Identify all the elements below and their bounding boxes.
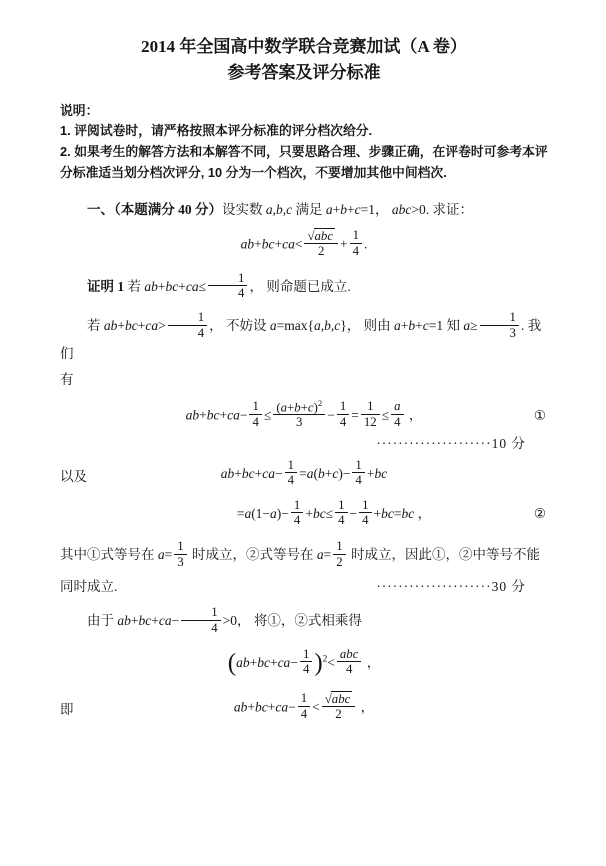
problem-statement: 一、（本题满分 40 分）设实数 a,b,c 满足 a+b+c=1， abc>0… (60, 198, 548, 222)
equation-2a-row: 以及 ab+bc+ca−14=a(b+c)−14+bc (60, 460, 548, 490)
equation-3-row: (ab+bc+ca−14)2<abc4 ， (60, 649, 548, 679)
page-subtitle: 参考答案及评分标准 (60, 60, 548, 86)
equation-1: ab+bc+ca−14≤(a+b+c)23−14=112≤a4 ， (106, 401, 502, 432)
title-block: 2014 年全国高中数学联合竞赛加试（A 卷） 参考答案及评分标准 (60, 34, 548, 87)
equation-1-row: ab+bc+ca−14≤(a+b+c)23−14=112≤a4 ， ① (60, 401, 548, 432)
equation-2-tag: ② (502, 506, 548, 522)
score-marker-10: ·····················10 分 (60, 434, 548, 454)
equation-4: ab+bc+ca−14<√abc2 ， (106, 693, 502, 724)
equation-4-row: 即 ab+bc+ca−14<√abc2 ， (60, 693, 548, 724)
then-label: 即 (60, 698, 106, 718)
notes-item-1: 1. 评阅试卷时，请严格按照本评分标准的评分档次给分. (60, 121, 548, 142)
page-title: 2014 年全国高中数学联合竞赛加试（A 卷） (60, 34, 548, 60)
score-marker-30: ·····················30 分 (376, 577, 548, 597)
equation-2b-row: =a(1−a)−14+bc≤14−14+bc=bc ， ② (60, 500, 548, 530)
multiply-paragraph: 由于 ab+bc+ca−14>0， 将①，②式相乘得 (60, 607, 548, 637)
proof-heading-paragraph: 证明 1 若 ab+bc+ca≤14， 则命题已成立. (60, 273, 548, 303)
notes-item-2: 2. 如果考生的解答方法和本解答不同，只要思路合理、步骤正确，在评卷时可参考本评… (60, 142, 548, 183)
equation-2a: ab+bc+ca−14=a(b+c)−14+bc (106, 460, 502, 490)
also-label: 以及 (60, 465, 106, 485)
equality-note-continuation: 同时成立. (60, 575, 117, 595)
equation-3: (ab+bc+ca−14)2<abc4 ， (106, 649, 502, 679)
equation-2b: =a(1−a)−14+bc≤14−14+bc=bc ， (106, 500, 502, 530)
equation-1-tag: ① (502, 408, 548, 424)
case2-continuation: 有 (60, 368, 548, 392)
grading-notes: 说明： 1. 评阅试卷时，请严格按照本评分标准的评分档次给分. 2. 如果考生的… (60, 101, 548, 184)
equality-note-paragraph: 其中①式等号在 a=13 时成立，②式等号在 a=12 时成立，因此①，②中等号… (60, 541, 548, 571)
document-page: 2014 年全国高中数学联合竞赛加试（A 卷） 参考答案及评分标准 说明： 1.… (0, 0, 606, 866)
notes-heading: 说明： (60, 101, 548, 122)
equality-note-line2: 同时成立. ·····················30 分 (60, 575, 548, 597)
problem-formula: ab+bc+ca<√abc2+14. (106, 230, 502, 261)
case2-paragraph: 若 ab+bc+ca>14， 不妨设 a=max{a,b,c}， 则由 a+b+… (60, 312, 548, 366)
problem-formula-row: ab+bc+ca<√abc2+14. (60, 230, 548, 261)
